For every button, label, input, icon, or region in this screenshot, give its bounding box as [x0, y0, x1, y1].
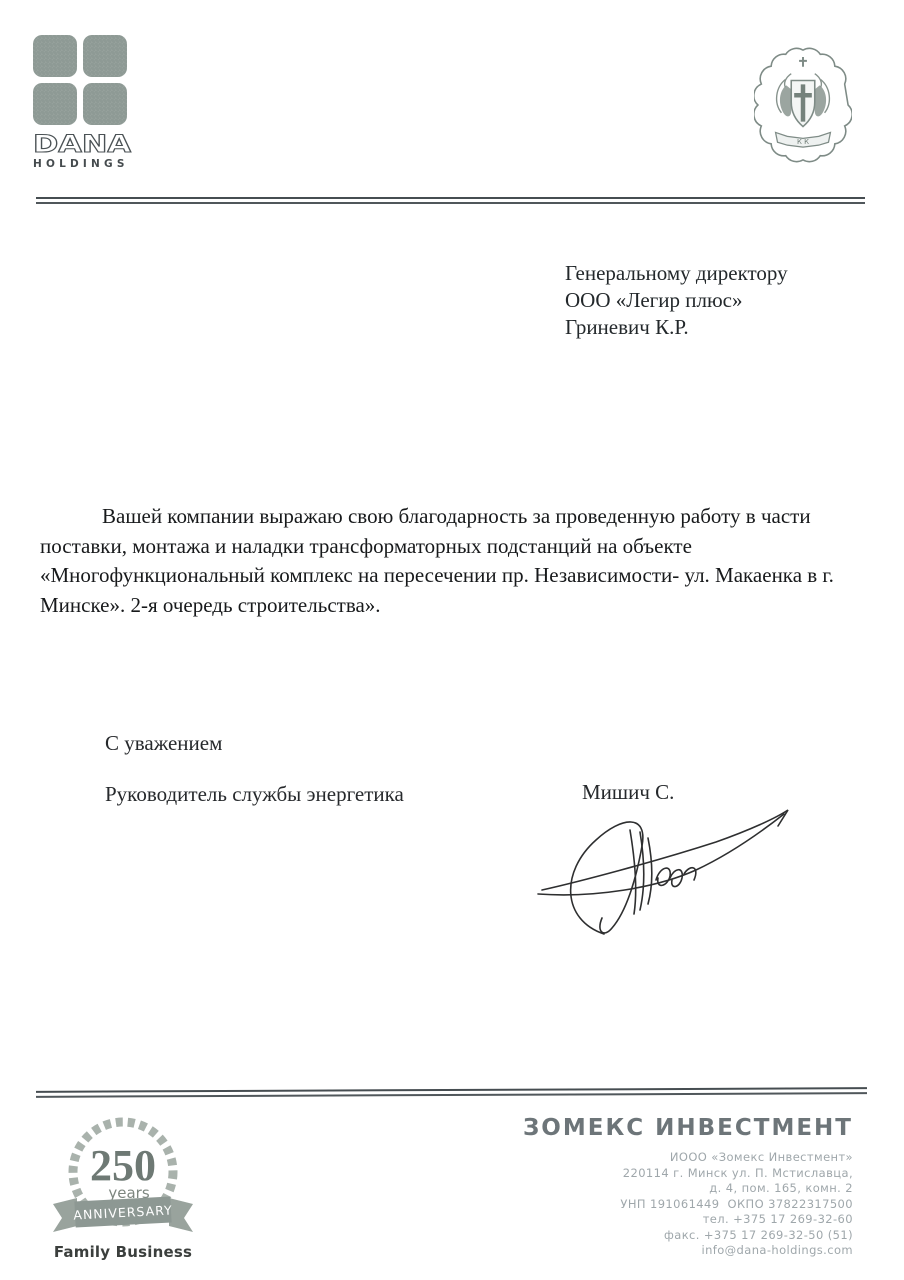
logo-square — [33, 35, 77, 77]
address-line: 220114 г. Минск ул. П. Мстиславца, — [523, 1166, 853, 1182]
anniversary-wreath-icon: 250 years ANNIVERSARY — [45, 1112, 201, 1238]
recipient-line: ООО «Легир плюс» — [565, 287, 788, 314]
footer-divider — [36, 1087, 867, 1098]
anniversary-badge: 250 years ANNIVERSARY Family Business — [45, 1112, 201, 1261]
handwritten-signature — [534, 792, 806, 942]
recipient-line: Генеральному директору — [565, 260, 788, 287]
crest-left-supporter — [780, 85, 791, 116]
signature-stroke — [648, 838, 652, 904]
header-divider — [36, 197, 865, 204]
logo-wordmark: DANA — [33, 131, 133, 156]
logo-subtitle: HOLDINGS — [33, 158, 133, 170]
address-line: info@dana-holdings.com — [523, 1243, 853, 1259]
address-line: тел. +375 17 269-32-60 — [523, 1212, 853, 1228]
crest-top-cross — [799, 57, 807, 67]
signature-stroke — [542, 810, 788, 890]
logo-square — [83, 83, 127, 125]
badge-caption: Family Business — [45, 1243, 201, 1261]
logo-square — [33, 83, 77, 125]
ribbon-band: ANNIVERSARY — [73, 1196, 174, 1227]
signer-title: Руководитель службы энергетика — [105, 782, 404, 807]
address-line: д. 4, пом. 165, комн. 2 — [523, 1181, 853, 1197]
letter-page: DANA HOLDINGS К К Генеральному директору… — [0, 0, 904, 1280]
dana-holdings-logo: DANA HOLDINGS — [33, 35, 133, 170]
company-contact-block: ЗОМЕКС ИНВЕСТМЕНТ ИООО «Зомекс Инвестмен… — [523, 1115, 853, 1259]
badge-number: 250 — [90, 1141, 156, 1190]
address-line: факс. +375 17 269-32-50 (51) — [523, 1228, 853, 1244]
address-line: УНП 191061449 ОКПО 37822317500 — [523, 1197, 853, 1213]
company-address: ИООО «Зомекс Инвестмент» 220114 г. Минск… — [523, 1150, 853, 1259]
logo-name-text: DANA — [33, 131, 132, 156]
letter-body-paragraph: Вашей компании выражаю свою благодарност… — [40, 502, 864, 620]
address-line: ИООО «Зомекс Инвестмент» — [523, 1150, 853, 1166]
logo-squares-icon — [33, 35, 127, 125]
logo-square — [83, 35, 127, 77]
signature-stroke — [640, 832, 644, 910]
heraldic-crest-icon: К К — [754, 43, 852, 167]
salutation: С уважением — [105, 731, 222, 756]
recipient-block: Генеральному директору ООО «Легир плюс» … — [565, 260, 788, 341]
signature-stroke — [630, 830, 636, 914]
recipient-line: Гриневич К.Р. — [565, 314, 788, 341]
crest-ribbon-text: К К — [797, 138, 809, 146]
crest-right-supporter — [815, 85, 826, 116]
company-name: ЗОМЕКС ИНВЕСТМЕНТ — [523, 1115, 853, 1141]
